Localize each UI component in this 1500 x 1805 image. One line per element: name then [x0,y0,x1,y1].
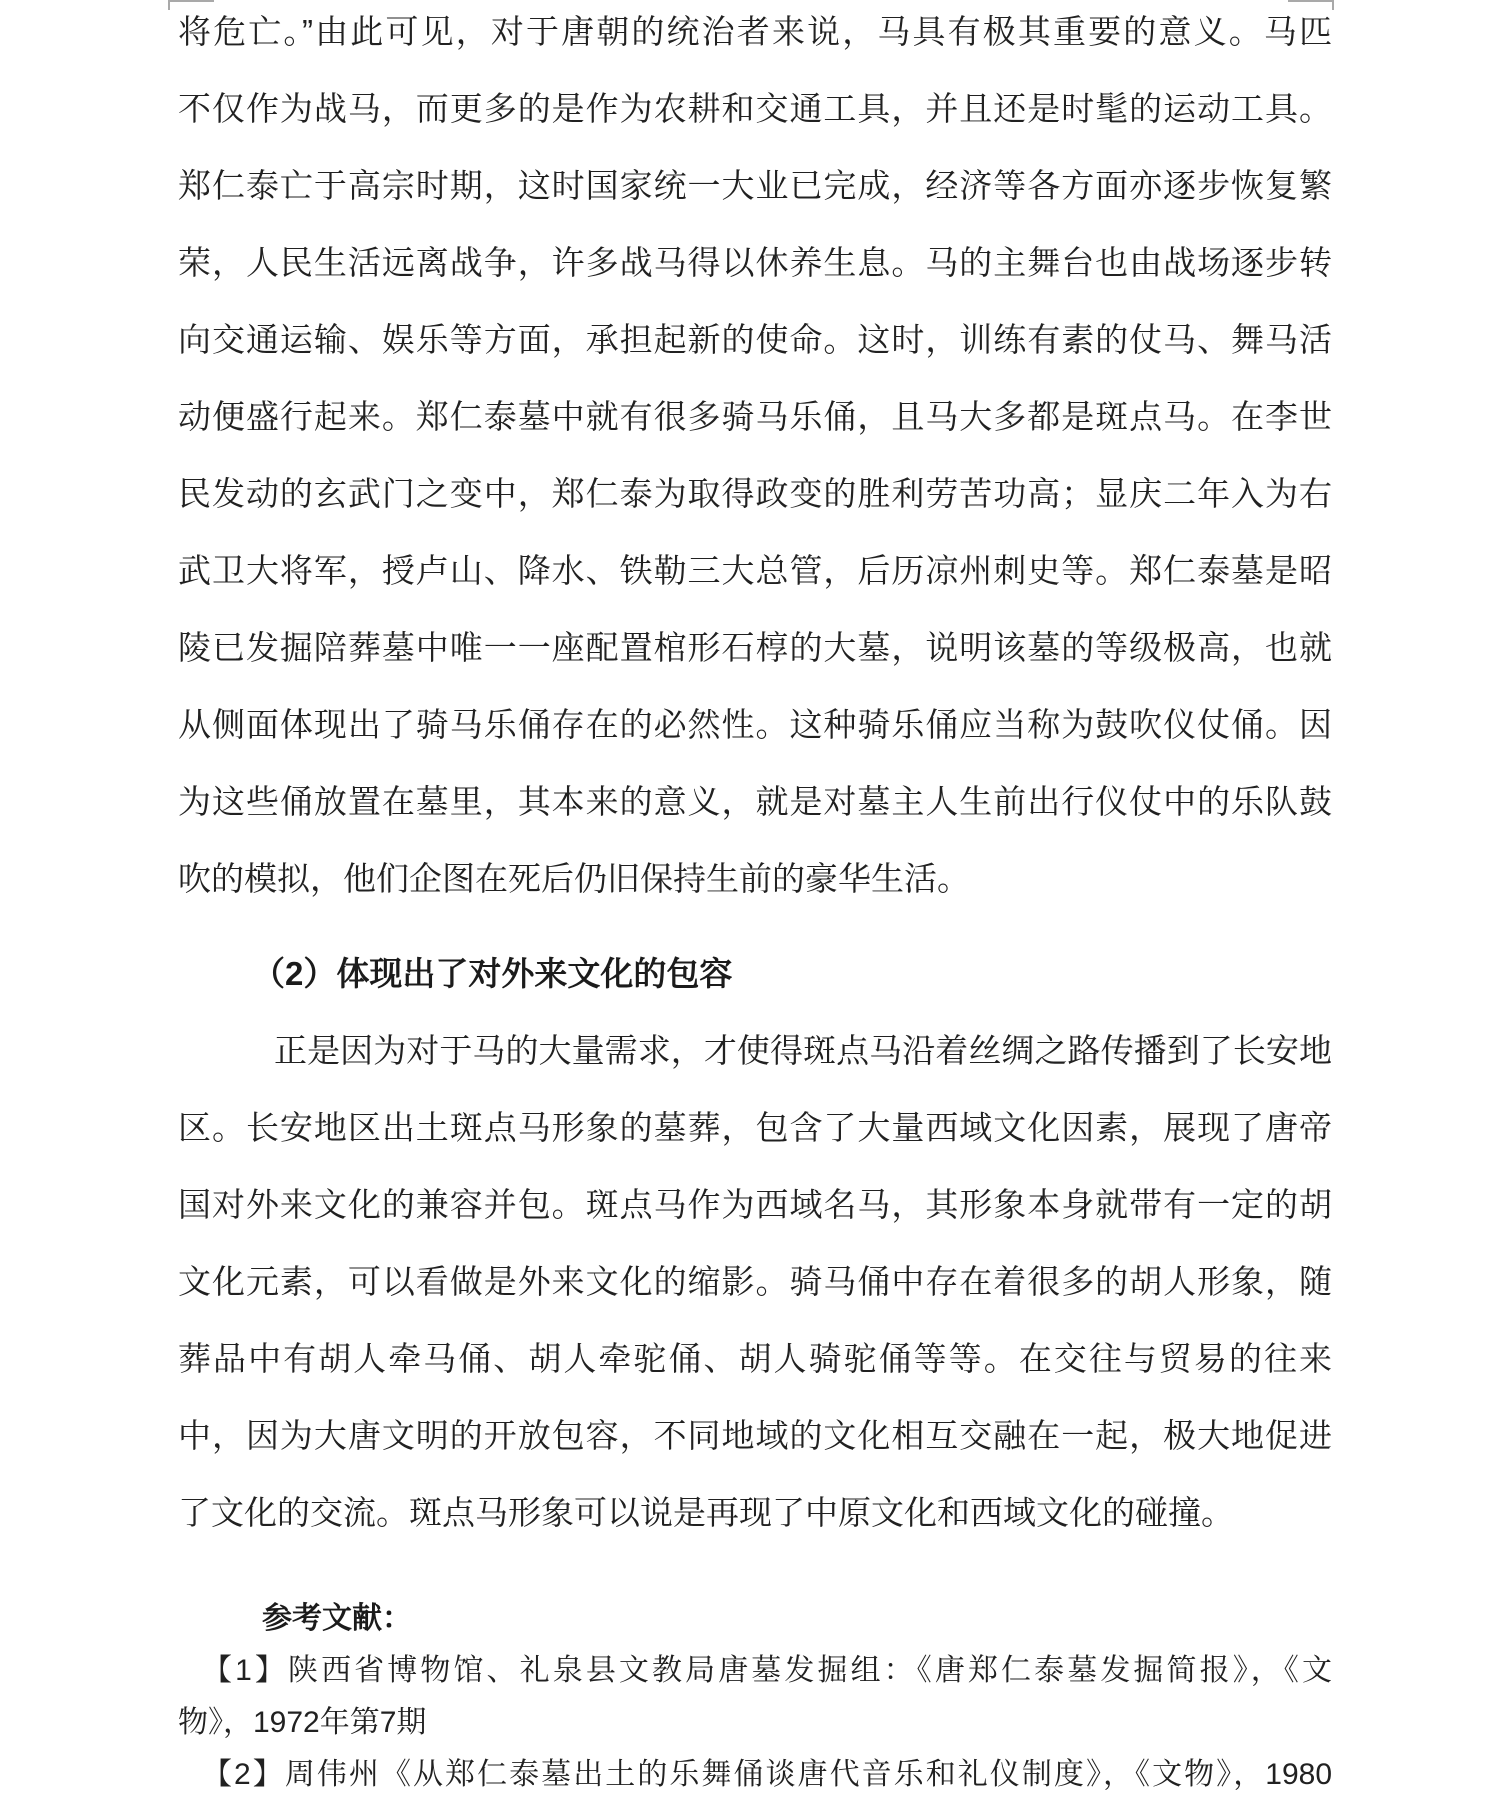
body-line: 民发动的玄武门之变中，郑仁泰为取得政变的胜利劳苦功高；显庆二年入为右 [178,455,1332,532]
reference-entry-line: 【1】陕西省博物馆、礼泉县文教局唐墓发掘组：《唐郑仁泰墓发掘简报》，《文 [178,1645,1332,1697]
body-line: 了文化的交流。斑点马形象可以说是再现了中原文化和西域文化的碰撞。 [178,1474,1332,1551]
references-section: 参考文献： 【1】陕西省博物馆、礼泉县文教局唐墓发掘组：《唐郑仁泰墓发掘简报》，… [178,1593,1332,1801]
body-line: 郑仁泰亡于高宗时期，这时国家统一大业已完成，经济等各方面亦逐步恢复繁 [178,147,1332,224]
body-line: 中，因为大唐文明的开放包容，不同地域的文化相互交融在一起，极大地促进 [178,1397,1332,1474]
body-line: 将危亡。”由此可见，对于唐朝的统治者来说，马具有极其重要的意义。马匹 [178,0,1332,70]
body-line: 从侧面体现出了骑马乐俑存在的必然性。这种骑乐俑应当称为鼓吹仪仗俑。因 [178,686,1332,763]
body-line: 文化元素，可以看做是外来文化的缩影。骑马俑中存在着很多的胡人形象，随 [178,1243,1332,1320]
body-line: 陵已发掘陪葬墓中唯一一座配置棺形石椁的大墓，说明该墓的等级极高，也就 [178,609,1332,686]
paragraph-2: 正是因为对于马的大量需求，才使得斑点马沿着丝绸之路传播到了长安地 区。长安地区出… [178,1012,1332,1551]
section-heading: （2）体现出了对外来文化的包容 [178,935,1332,1012]
body-line: 区。长安地区出土斑点马形象的墓葬，包含了大量西域文化因素，展现了唐帝 [178,1089,1332,1166]
document-page: 将危亡。”由此可见，对于唐朝的统治者来说，马具有极其重要的意义。马匹 不仅作为战… [0,0,1500,1805]
body-line: 吹的模拟，他们企图在死后仍旧保持生前的豪华生活。 [178,840,1332,917]
text-area: 将危亡。”由此可见，对于唐朝的统治者来说，马具有极其重要的意义。马匹 不仅作为战… [178,0,1332,1801]
body-line: 荣，人民生活远离战争，许多战马得以休养生息。马的主舞台也由战场逐步转 [178,224,1332,301]
body-line: 为这些俑放置在墓里，其本来的意义，就是对墓主人生前出行仪仗中的乐队鼓 [178,763,1332,840]
body-line: 武卫大将军，授卢山、降水、铁勒三大总管，后历凉州刺史等。郑仁泰墓是昭 [178,532,1332,609]
paragraph-1: 将危亡。”由此可见，对于唐朝的统治者来说，马具有极其重要的意义。马匹 不仅作为战… [178,0,1332,917]
body-line: 向交通运输、娱乐等方面，承担起新的使命。这时，训练有素的仗马、舞马活 [178,301,1332,378]
body-line: 国对外来文化的兼容并包。斑点马作为西域名马，其形象本身就带有一定的胡 [178,1166,1332,1243]
body-line: 正是因为对于马的大量需求，才使得斑点马沿着丝绸之路传播到了长安地 [178,1012,1332,1089]
body-line: 动便盛行起来。郑仁泰墓中就有很多骑马乐俑，且马大多都是斑点马。在李世 [178,378,1332,455]
body-line: 葬品中有胡人牵马俑、胡人牵驼俑、胡人骑驼俑等等。在交往与贸易的往来 [178,1320,1332,1397]
references-title: 参考文献： [178,1593,1332,1645]
reference-entry-line: 物》，1972年第7期 [178,1697,1332,1749]
reference-entry-line: 【2】周伟州《从郑仁泰墓出土的乐舞俑谈唐代音乐和礼仪制度》，《文物》，1980 [178,1749,1332,1801]
body-line: 不仅作为战马，而更多的是作为农耕和交通工具，并且还是时髦的运动工具。 [178,70,1332,147]
